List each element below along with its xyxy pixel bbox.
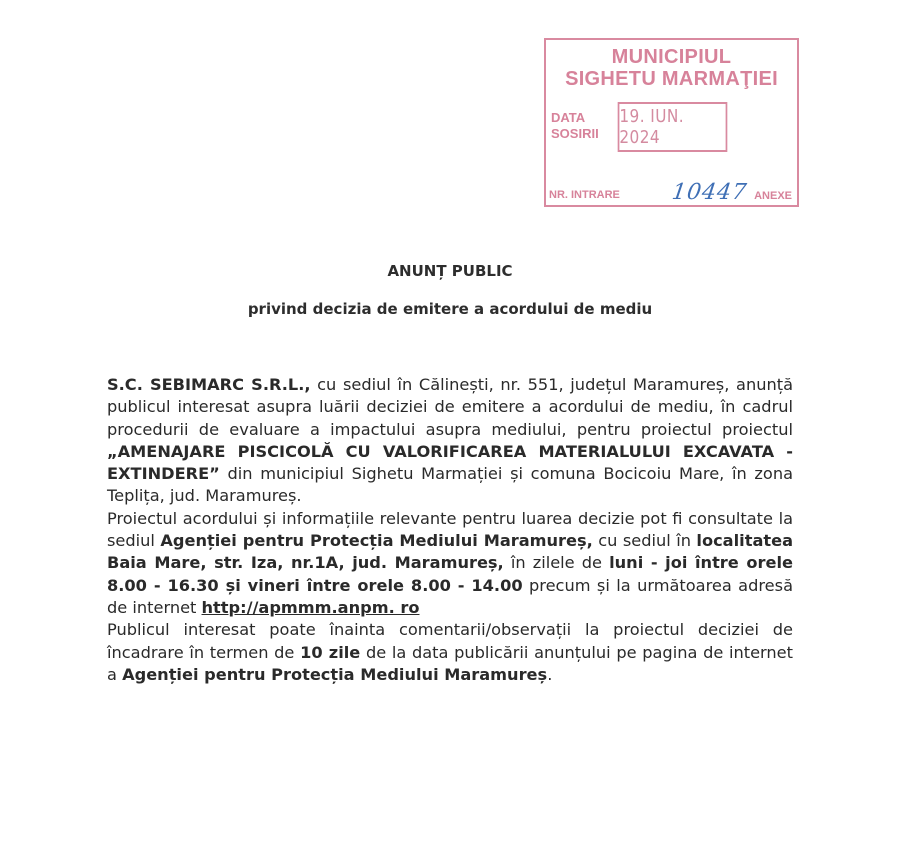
stamp-municipality-line1: MUNICIPIUL [546,46,797,69]
stamp-date-label-line1: DATA [551,110,599,126]
stamp-date-label: DATA SOSIRII [551,110,599,142]
paragraph-comments: Publicul interesat poate înainta comenta… [107,619,793,686]
paragraph-text: în zilele de [504,553,609,572]
paragraph-consultation: Proiectul acordului și informațiile rele… [107,508,793,619]
paragraph-announcement: S.C. SEBIMARC S.R.L., cu sediul în Călin… [107,374,793,508]
company-name: S.C. SEBIMARC S.R.L., [107,375,311,394]
agency-website-link[interactable]: http://apmmm.anpm. ro [202,598,420,617]
document-title: ANUNȚ PUBLIC [0,262,900,280]
stamp-entry-number-label: NR. INTRARE [549,189,620,201]
stamp-date-label-line2: SOSIRII [551,126,599,142]
agency-name: Agenției pentru Protecția Mediului Maram… [122,665,547,684]
agency-name: Agenției pentru Protecția Mediului Maram… [160,531,592,550]
document-subtitle: privind decizia de emitere a acordului d… [0,300,900,318]
paragraph-text: . [547,665,552,684]
registration-stamp: MUNICIPIUL SIGHETU MARMAŢIEI DATA SOSIRI… [544,38,799,207]
stamp-entry-number-handwritten: 10447 [670,180,749,205]
stamp-municipality-line2: SIGHETU MARMAŢIEI [546,68,797,91]
stamp-annexes-label: ANEXE [754,190,792,202]
document-body: S.C. SEBIMARC S.R.L., cu sediul în Călin… [107,374,793,686]
stamp-date-value: 19. IUN. 2024 [618,102,728,152]
comment-deadline: 10 zile [300,643,360,662]
paragraph-text: cu sediul în [593,531,697,550]
